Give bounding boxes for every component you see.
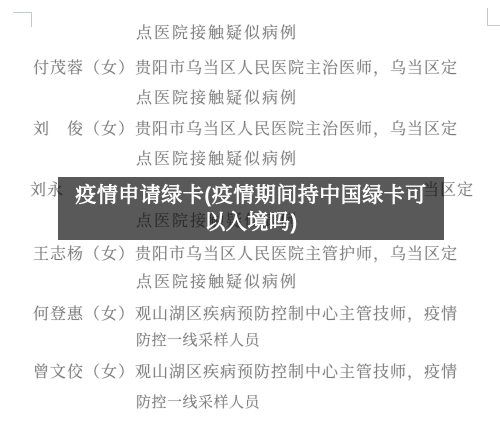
document-line: 王志杨（女）贵阳市乌当区人民医院主管护师，乌当区定 — [0, 245, 500, 265]
document-line: 防控一线采样人员 — [0, 393, 500, 413]
document-page: 点医院接触疑似病例 付茂蓉（女）贵阳市乌当区人民医院主治医师，乌当区定 点医院接… — [0, 0, 500, 426]
document-line-text: 刘 俊（女）贵阳市乌当区人民医院主治医师，乌当区定 — [33, 120, 458, 140]
document-line-text: 王志杨（女）贵阳市乌当区人民医院主管护师，乌当区定 — [33, 245, 458, 265]
document-line: 刘 俊（女）贵阳市乌当区人民医院主治医师，乌当区定 — [0, 120, 500, 140]
document-line: 何登惠（女）观山湖区疾病预防控制中心主管技师，疫情 — [0, 305, 500, 325]
document-line: 付茂蓉（女）贵阳市乌当区人民医院主治医师，乌当区定 — [0, 59, 500, 79]
document-line-text: 点医院接触疑似病例 — [136, 24, 298, 44]
document-line: 曾文佼（女）观山湖区疾病预防控制中心主管技师，疫情 — [0, 363, 500, 383]
title-overlay-banner: 疫情申请绿卡(疫情期间持中国绿卡可 以入境吗) — [58, 177, 444, 240]
document-line: 点医院接触疑似病例 — [0, 24, 500, 44]
document-line: 点医院接触疑似病例 — [0, 150, 500, 170]
overlay-title-line1: 疫情申请绿卡(疫情期间持中国绿卡可 — [58, 182, 444, 209]
document-line-text: 防控一线采样人员 — [136, 393, 260, 413]
document-line-text: 何登惠（女）观山湖区疾病预防控制中心主管技师，疫情 — [33, 305, 458, 325]
document-line: 防控一线采样人员 — [0, 331, 500, 351]
overlay-title-line2: 以入境吗) — [58, 209, 444, 236]
document-line-text: 点医院接触疑似病例 — [136, 273, 298, 293]
document-line: 点医院接触疑似病例 — [0, 273, 500, 293]
document-line-text: 曾文佼（女）观山湖区疾病预防控制中心主管技师，疫情 — [33, 363, 458, 383]
document-line-text: 付茂蓉（女）贵阳市乌当区人民医院主治医师，乌当区定 — [33, 59, 458, 79]
document-line-text: 防控一线采样人员 — [136, 331, 260, 351]
document-line-text: 点医院接触疑似病例 — [136, 150, 298, 170]
document-line-text: 点医院接触疑似病例 — [136, 89, 298, 109]
document-line: 点医院接触疑似病例 — [0, 89, 500, 109]
